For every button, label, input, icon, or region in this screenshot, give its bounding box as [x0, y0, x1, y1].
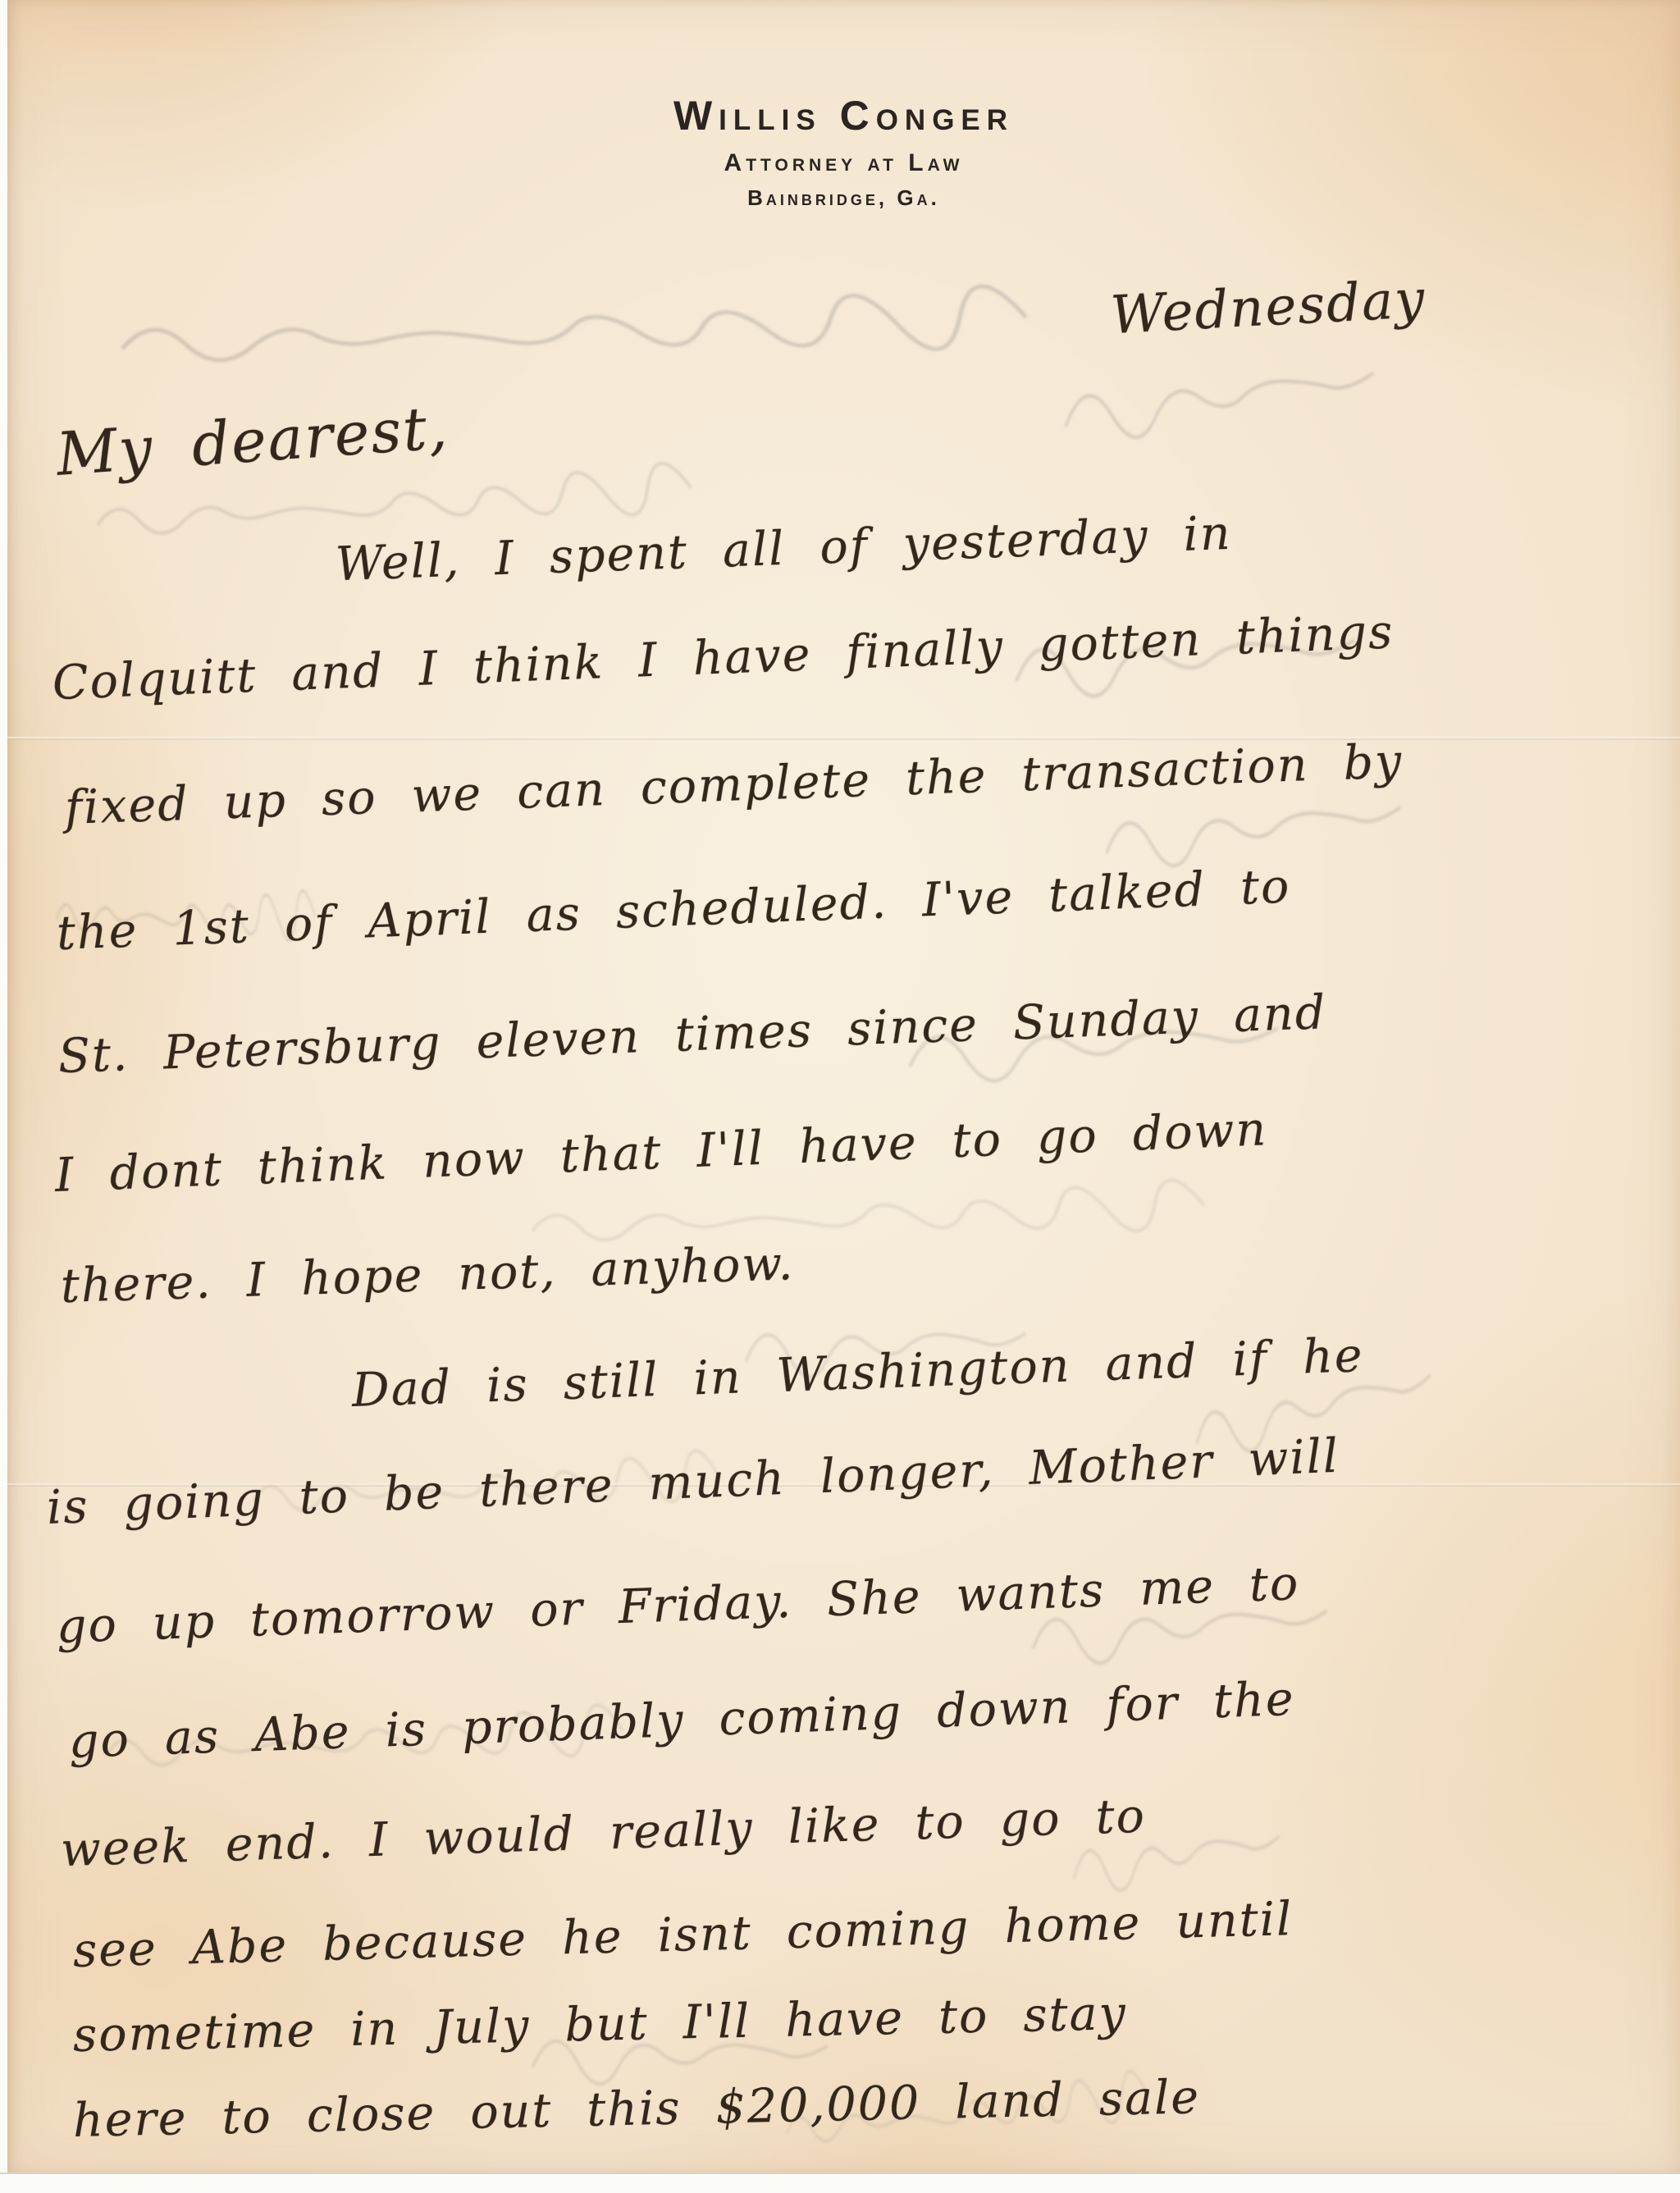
letter-line: Colquitt and I think I have finally gott… [52, 605, 1395, 710]
letter-paper: Willis Conger Attorney at Law Bainbridge… [7, 0, 1680, 2174]
salutation: My dearest, [54, 393, 450, 489]
letterhead-location: Bainbridge, Ga. [7, 185, 1680, 211]
letter-line: see Abe because he isnt coming home unti… [72, 1892, 1294, 1978]
letter-line: is going to be there much longer, Mother… [46, 1429, 1341, 1535]
letter-line: fixed up so we can complete the transact… [64, 734, 1404, 835]
scan-edge-left [0, 0, 7, 2193]
letterhead-title: Attorney at Law [7, 149, 1680, 177]
letter-line: here to close out this $20,000 land sale [72, 2070, 1200, 2148]
fold-crease-top [7, 737, 1680, 740]
letter-line: the 1st of April as scheduled. I've talk… [56, 859, 1292, 961]
letter-line: go up tomorrow or Friday. She wants me t… [56, 1556, 1300, 1654]
letter-line: there. I hope not, anyhow. [60, 1236, 795, 1314]
letter-line: week end. I would really like to go to [60, 1789, 1147, 1877]
scanned-letter-page: Willis Conger Attorney at Law Bainbridge… [0, 0, 1680, 2193]
date-line: Wednesday [1109, 269, 1427, 346]
letterhead-name: Willis Conger [7, 92, 1680, 139]
scan-edge-bottom [0, 2172, 1680, 2193]
letter-line: I dont think now that I'll have to go do… [54, 1102, 1268, 1203]
letterhead: Willis Conger Attorney at Law Bainbridge… [7, 92, 1680, 211]
letter-line: St. Petersburg eleven times since Sunday… [57, 985, 1327, 1084]
letter-line: go as Abe is probably coming down for th… [68, 1672, 1296, 1769]
letter-line: sometime in July but I'll have to stay [72, 1986, 1127, 2063]
letter-line: Well, I spent all of yesterday in [335, 506, 1233, 592]
letter-line: Dad is still in Washington and if he [351, 1328, 1365, 1418]
